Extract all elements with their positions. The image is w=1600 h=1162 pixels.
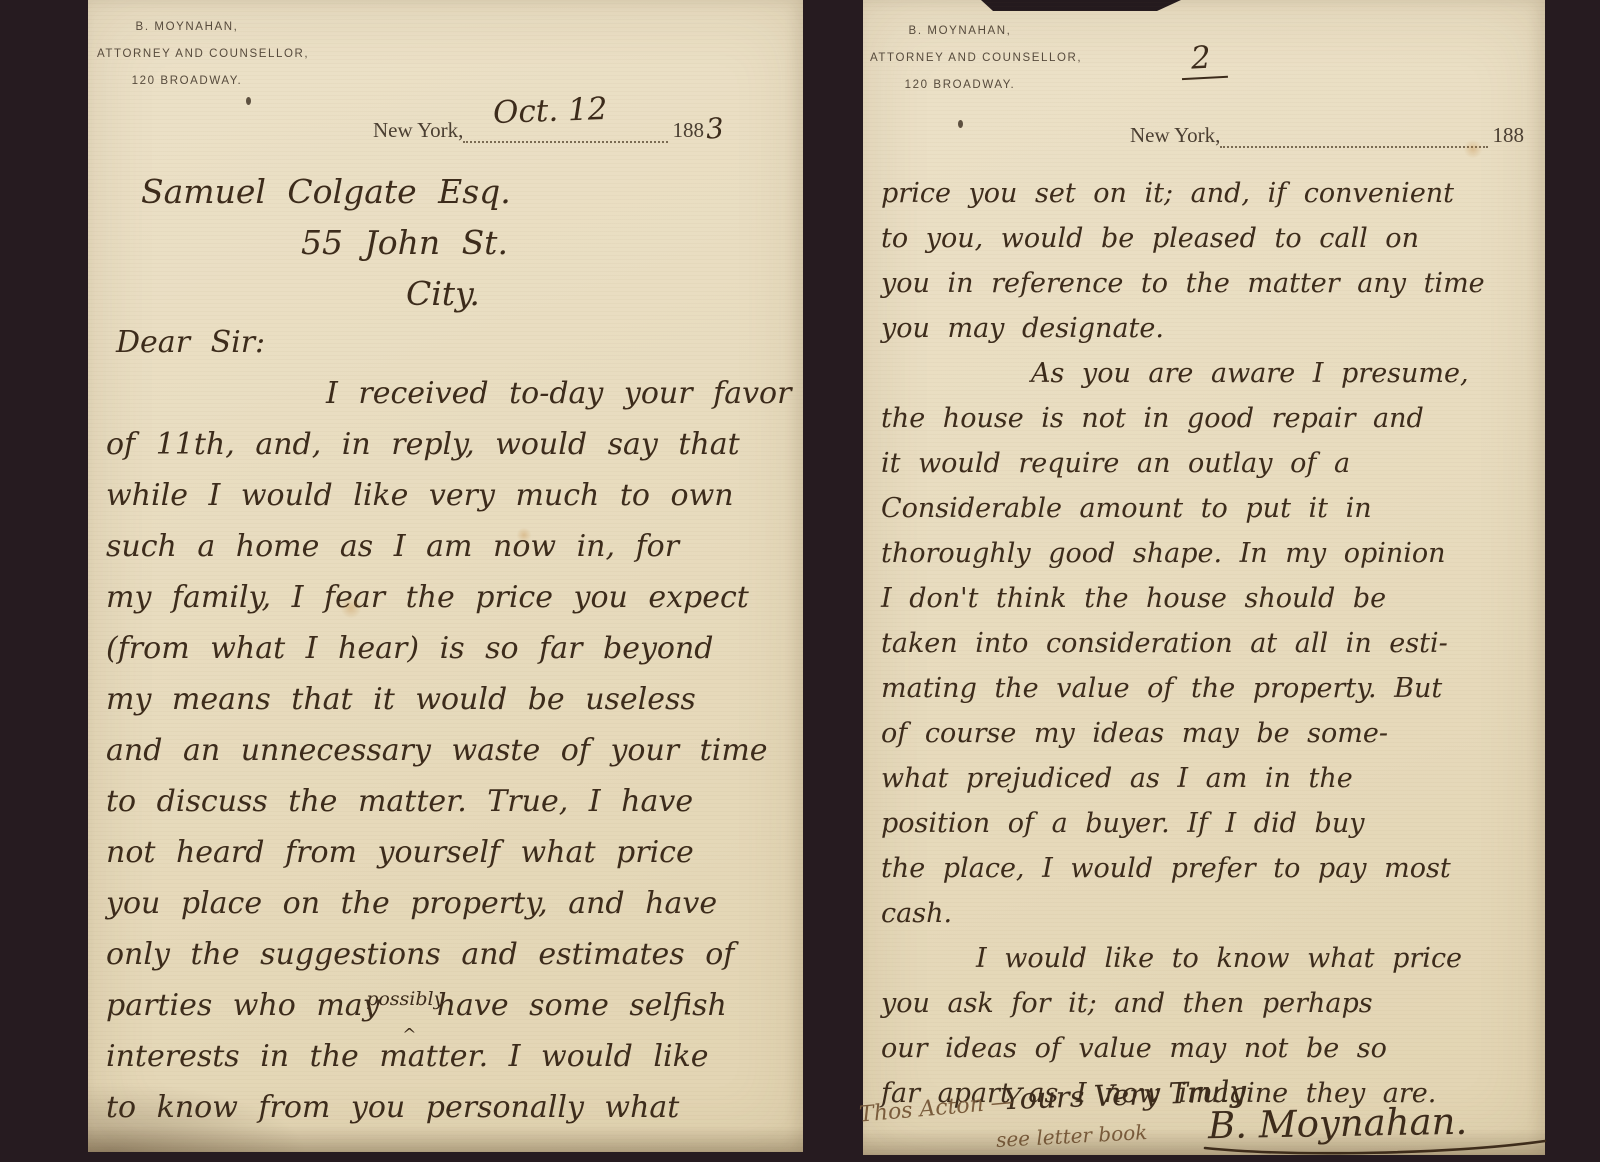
- scan-notch: [981, 0, 1181, 11]
- scanned-letter: { "colors": { "background": "#261b20", "…: [0, 0, 1600, 1162]
- letterhead-name: B. MOYNAHAN,: [97, 14, 277, 41]
- handwritten-line: mating the value of the property. But: [881, 673, 1535, 718]
- handwritten-line: my means that it would be useless: [106, 682, 793, 733]
- dateline-year-printed: 188: [672, 118, 704, 143]
- letter-page-2: B. MOYNAHAN, ATTORNEY AND COUNSELLOR, 12…: [863, 0, 1545, 1155]
- handwritten-line: you place on the property, and have: [106, 886, 793, 937]
- handwritten-line: and an unnecessary waste of your time: [106, 733, 793, 784]
- letterhead-address: 120 BROADWAY.: [97, 68, 277, 95]
- dateline-year-printed: 188: [1492, 123, 1524, 148]
- pinhole-mark: [246, 97, 251, 105]
- handwritten-line: thoroughly good shape. In my opinion: [881, 538, 1535, 583]
- dateline-rule: Oct. 12: [463, 115, 668, 143]
- letterhead-title: ATTORNEY AND COUNSELLOR,: [97, 41, 277, 68]
- dateline-city: New York,: [1130, 123, 1220, 148]
- handwritten-line: our ideas of value may not be so: [881, 1033, 1535, 1078]
- handwritten-line: of course my ideas may be some-: [881, 718, 1535, 763]
- handwritten-line: Samuel Colgate Esq.: [141, 172, 793, 223]
- handwritten-line: Dear Sir:: [116, 325, 793, 376]
- letterhead-page1: B. MOYNAHAN, ATTORNEY AND COUNSELLOR, 12…: [97, 14, 277, 95]
- page-number: 2: [1180, 39, 1228, 80]
- letter-body-page1: Samuel Colgate Esq.55 John St.City.Dear …: [106, 172, 793, 1141]
- handwritten-line: my family, I fear the price you expect: [106, 580, 793, 631]
- handwritten-line: I received to-day your favor: [326, 376, 793, 427]
- handwritten-line: taken into consideration at all in esti-: [881, 628, 1535, 673]
- letter-body-page2: price you set on it; and, if convenientt…: [881, 178, 1535, 1123]
- handwritten-line: City.: [406, 274, 793, 325]
- dateline-rule: [1220, 120, 1488, 148]
- handwritten-line: to discuss the matter. True, I have: [106, 784, 793, 835]
- handwritten-line: such a home as I am now in, for: [106, 529, 793, 580]
- handwritten-line: the house is not in good repair and: [881, 403, 1535, 448]
- handwritten-line: As you are aware I presume,: [1031, 358, 1535, 403]
- handwritten-line: you ask for it; and then perhaps: [881, 988, 1535, 1033]
- page-edge-shadow: [863, 1129, 1545, 1155]
- handwritten-line: of 11th, and, in reply, would say that: [106, 427, 793, 478]
- handwritten-line: not heard from yourself what price: [106, 835, 793, 886]
- handwritten-line: to you, would be pleased to call on: [881, 223, 1535, 268]
- pinhole-mark: [958, 120, 963, 128]
- handwritten-line: Considerable amount to put it in: [881, 493, 1535, 538]
- page-edge-shadow: [88, 1126, 803, 1152]
- handwritten-line: (from what I hear) is so far beyond: [106, 631, 793, 682]
- handwritten-line: position of a buyer. If I did buy: [881, 808, 1535, 853]
- dateline-city: New York,: [373, 118, 463, 143]
- letterhead-page2: B. MOYNAHAN, ATTORNEY AND COUNSELLOR, 12…: [870, 18, 1050, 99]
- letterhead-name: B. MOYNAHAN,: [870, 18, 1050, 45]
- handwritten-line: only the suggestions and estimates of: [106, 937, 793, 988]
- handwritten-line: 55 John St.: [301, 223, 793, 274]
- letter-page-1: B. MOYNAHAN, ATTORNEY AND COUNSELLOR, 12…: [88, 0, 803, 1152]
- letterhead-title: ATTORNEY AND COUNSELLOR,: [870, 45, 1050, 72]
- handwritten-line: parties who may possibly^ have some self…: [106, 988, 793, 1039]
- handwritten-line: while I would like very much to own: [106, 478, 793, 529]
- handwritten-line: cash.: [881, 898, 1535, 943]
- handwritten-date: Oct. 12: [493, 91, 609, 131]
- handwritten-line: I would like to know what price: [976, 943, 1535, 988]
- handwritten-line: it would require an outlay of a: [881, 448, 1535, 493]
- dateline-page2: New York, 188: [1130, 120, 1524, 148]
- letterhead-address: 120 BROADWAY.: [870, 72, 1050, 99]
- handwritten-line: you may designate.: [881, 313, 1535, 358]
- handwritten-line: price you set on it; and, if convenient: [881, 178, 1535, 223]
- handwritten-line: the place, I would prefer to pay most: [881, 853, 1535, 898]
- dateline-page1: New York, Oct. 12 188 3: [373, 110, 724, 143]
- handwritten-line: I don't think the house should be: [881, 583, 1535, 628]
- handwritten-line: what prejudiced as I am in the: [881, 763, 1535, 808]
- handwritten-year-digit: 3: [705, 111, 725, 145]
- handwritten-line: you in reference to the matter any time: [881, 268, 1535, 313]
